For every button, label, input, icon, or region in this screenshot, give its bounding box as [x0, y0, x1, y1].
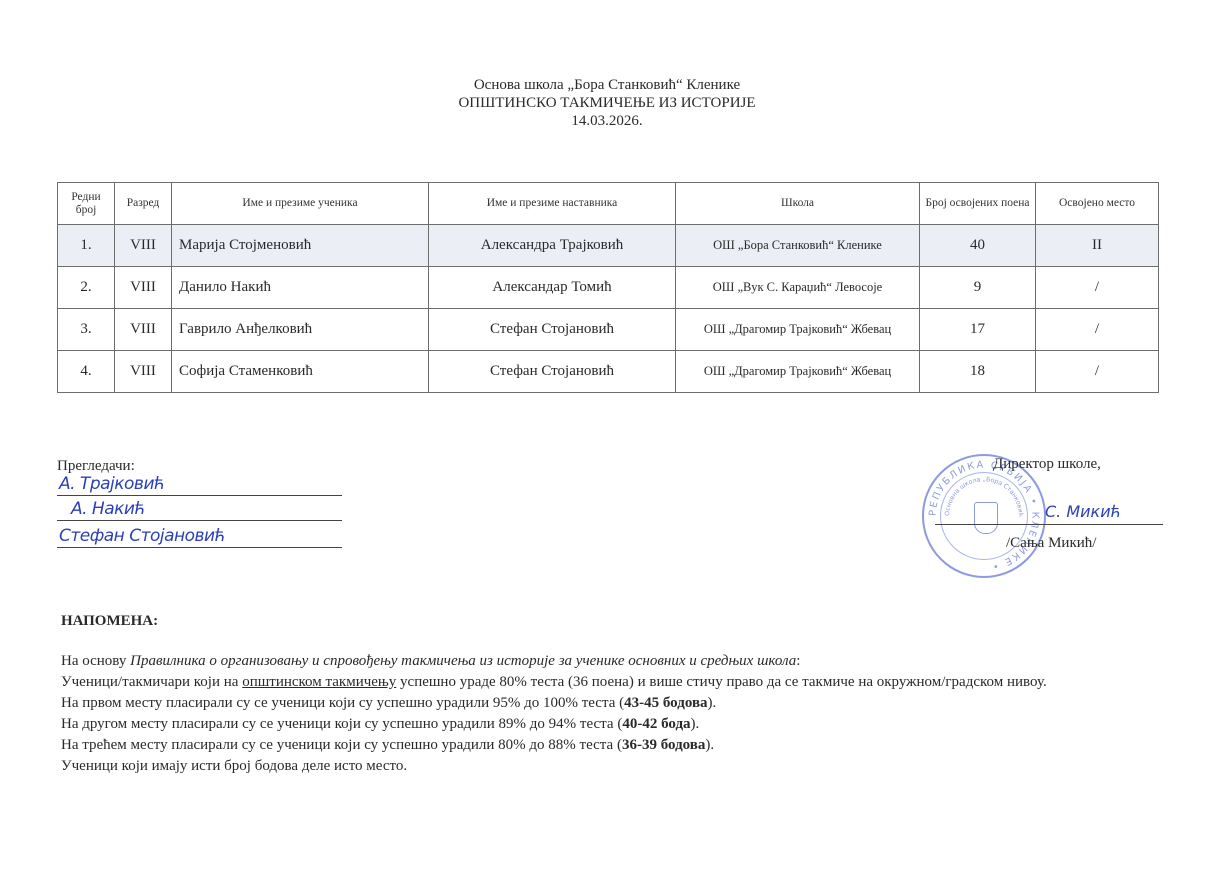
director-block: РЕПУБЛИКА СРБИЈА • КЛЕНИКЕ • Основна шко… — [900, 440, 1170, 590]
note-tie: Ученици који имају исти број бодова деле… — [61, 756, 1161, 777]
row-points: 40 — [920, 225, 1036, 267]
director-name: /Сања Микић/ — [1006, 534, 1096, 552]
school-name: Основа школа „Бора Станковић“ Кленике — [0, 76, 1214, 94]
note-section: НАПОМЕНА: На основу Правилника о организ… — [61, 611, 1161, 777]
note-first-place: На првом месту пласирали су се ученици к… — [61, 693, 1161, 714]
director-title: Директор школе, — [993, 455, 1101, 473]
row-teacher: Стефан Стојановић — [429, 351, 676, 393]
competition-date: 14.03.2026. — [0, 112, 1214, 130]
row-points: 9 — [920, 267, 1036, 309]
row-teacher: Александар Томић — [429, 267, 676, 309]
row-place: / — [1036, 267, 1159, 309]
reviewer-signature: Стефан Стојановић — [59, 526, 225, 546]
director-signature: С. Микић — [1045, 502, 1121, 521]
document-header: Основа школа „Бора Станковић“ Кленике ОП… — [0, 76, 1214, 130]
reviewers-block: Прегледачи: А. Трајковић А. Накић Стефан… — [57, 457, 347, 548]
reviewer-signature: А. Трајковић — [59, 474, 165, 494]
row-grade: VIII — [115, 225, 172, 267]
row-student: Гаврило Анђелковић — [172, 309, 429, 351]
competition-title: ОПШТИНСКО ТАКМИЧЕЊЕ ИЗ ИСТОРИЈЕ — [0, 94, 1214, 112]
row-no: 2. — [58, 267, 115, 309]
reviewer-signature: А. Накић — [71, 499, 145, 519]
note-qualification: Ученици/такмичари који на општинском так… — [61, 672, 1161, 693]
row-teacher: Стефан Стојановић — [429, 309, 676, 351]
row-grade: VIII — [115, 351, 172, 393]
table-row: 1. VIII Марија Стојменовић Александра Тр… — [58, 225, 1159, 267]
row-grade: VIII — [115, 309, 172, 351]
col-header-student: Име и презиме ученика — [172, 183, 429, 225]
note-third-place: На трећем месту пласирали су се ученици … — [61, 735, 1161, 756]
table-header-row: Редни број Разред Име и презиме ученика … — [58, 183, 1159, 225]
col-header-teacher: Име и презиме наставника — [429, 183, 676, 225]
row-place: / — [1036, 351, 1159, 393]
row-no: 1. — [58, 225, 115, 267]
row-school: ОШ „Бора Станковић“ Кленике — [676, 225, 920, 267]
row-school: ОШ „Драгомир Трајковић“ Жбевац — [676, 351, 920, 393]
row-place: / — [1036, 309, 1159, 351]
table-row: 2. VIII Данило Накић Александар Томић ОШ… — [58, 267, 1159, 309]
col-header-grade: Разред — [115, 183, 172, 225]
signature-line: А. Трајковић — [57, 471, 342, 496]
coat-of-arms-icon — [974, 502, 998, 534]
row-school: ОШ „Вук С. Караџић“ Левосоје — [676, 267, 920, 309]
row-teacher: Александра Трајковић — [429, 225, 676, 267]
col-header-no: Редни број — [58, 183, 115, 225]
signature-line: Стефан Стојановић — [57, 521, 342, 548]
signature-line: А. Накић — [57, 496, 342, 521]
col-header-place: Освојено место — [1036, 183, 1159, 225]
note-second-place: На другом месту пласирали су се ученици … — [61, 714, 1161, 735]
row-no: 4. — [58, 351, 115, 393]
row-points: 18 — [920, 351, 1036, 393]
signature-line — [935, 524, 1163, 525]
row-place: II — [1036, 225, 1159, 267]
col-header-points: Број освојених поена — [920, 183, 1036, 225]
row-student: Марија Стојменовић — [172, 225, 429, 267]
row-student: Софија Стаменковић — [172, 351, 429, 393]
row-points: 17 — [920, 309, 1036, 351]
row-no: 3. — [58, 309, 115, 351]
col-header-school: Школа — [676, 183, 920, 225]
note-heading: НАПОМЕНА: — [61, 611, 1161, 632]
results-table: Редни број Разред Име и презиме ученика … — [57, 182, 1159, 393]
row-student: Данило Накић — [172, 267, 429, 309]
table-row: 4. VIII Софија Стаменковић Стефан Стојан… — [58, 351, 1159, 393]
row-grade: VIII — [115, 267, 172, 309]
row-school: ОШ „Драгомир Трајковић“ Жбевац — [676, 309, 920, 351]
note-basis: На основу Правилника о организовању и сп… — [61, 651, 1161, 672]
table-row: 3. VIII Гаврило Анђелковић Стефан Стојан… — [58, 309, 1159, 351]
